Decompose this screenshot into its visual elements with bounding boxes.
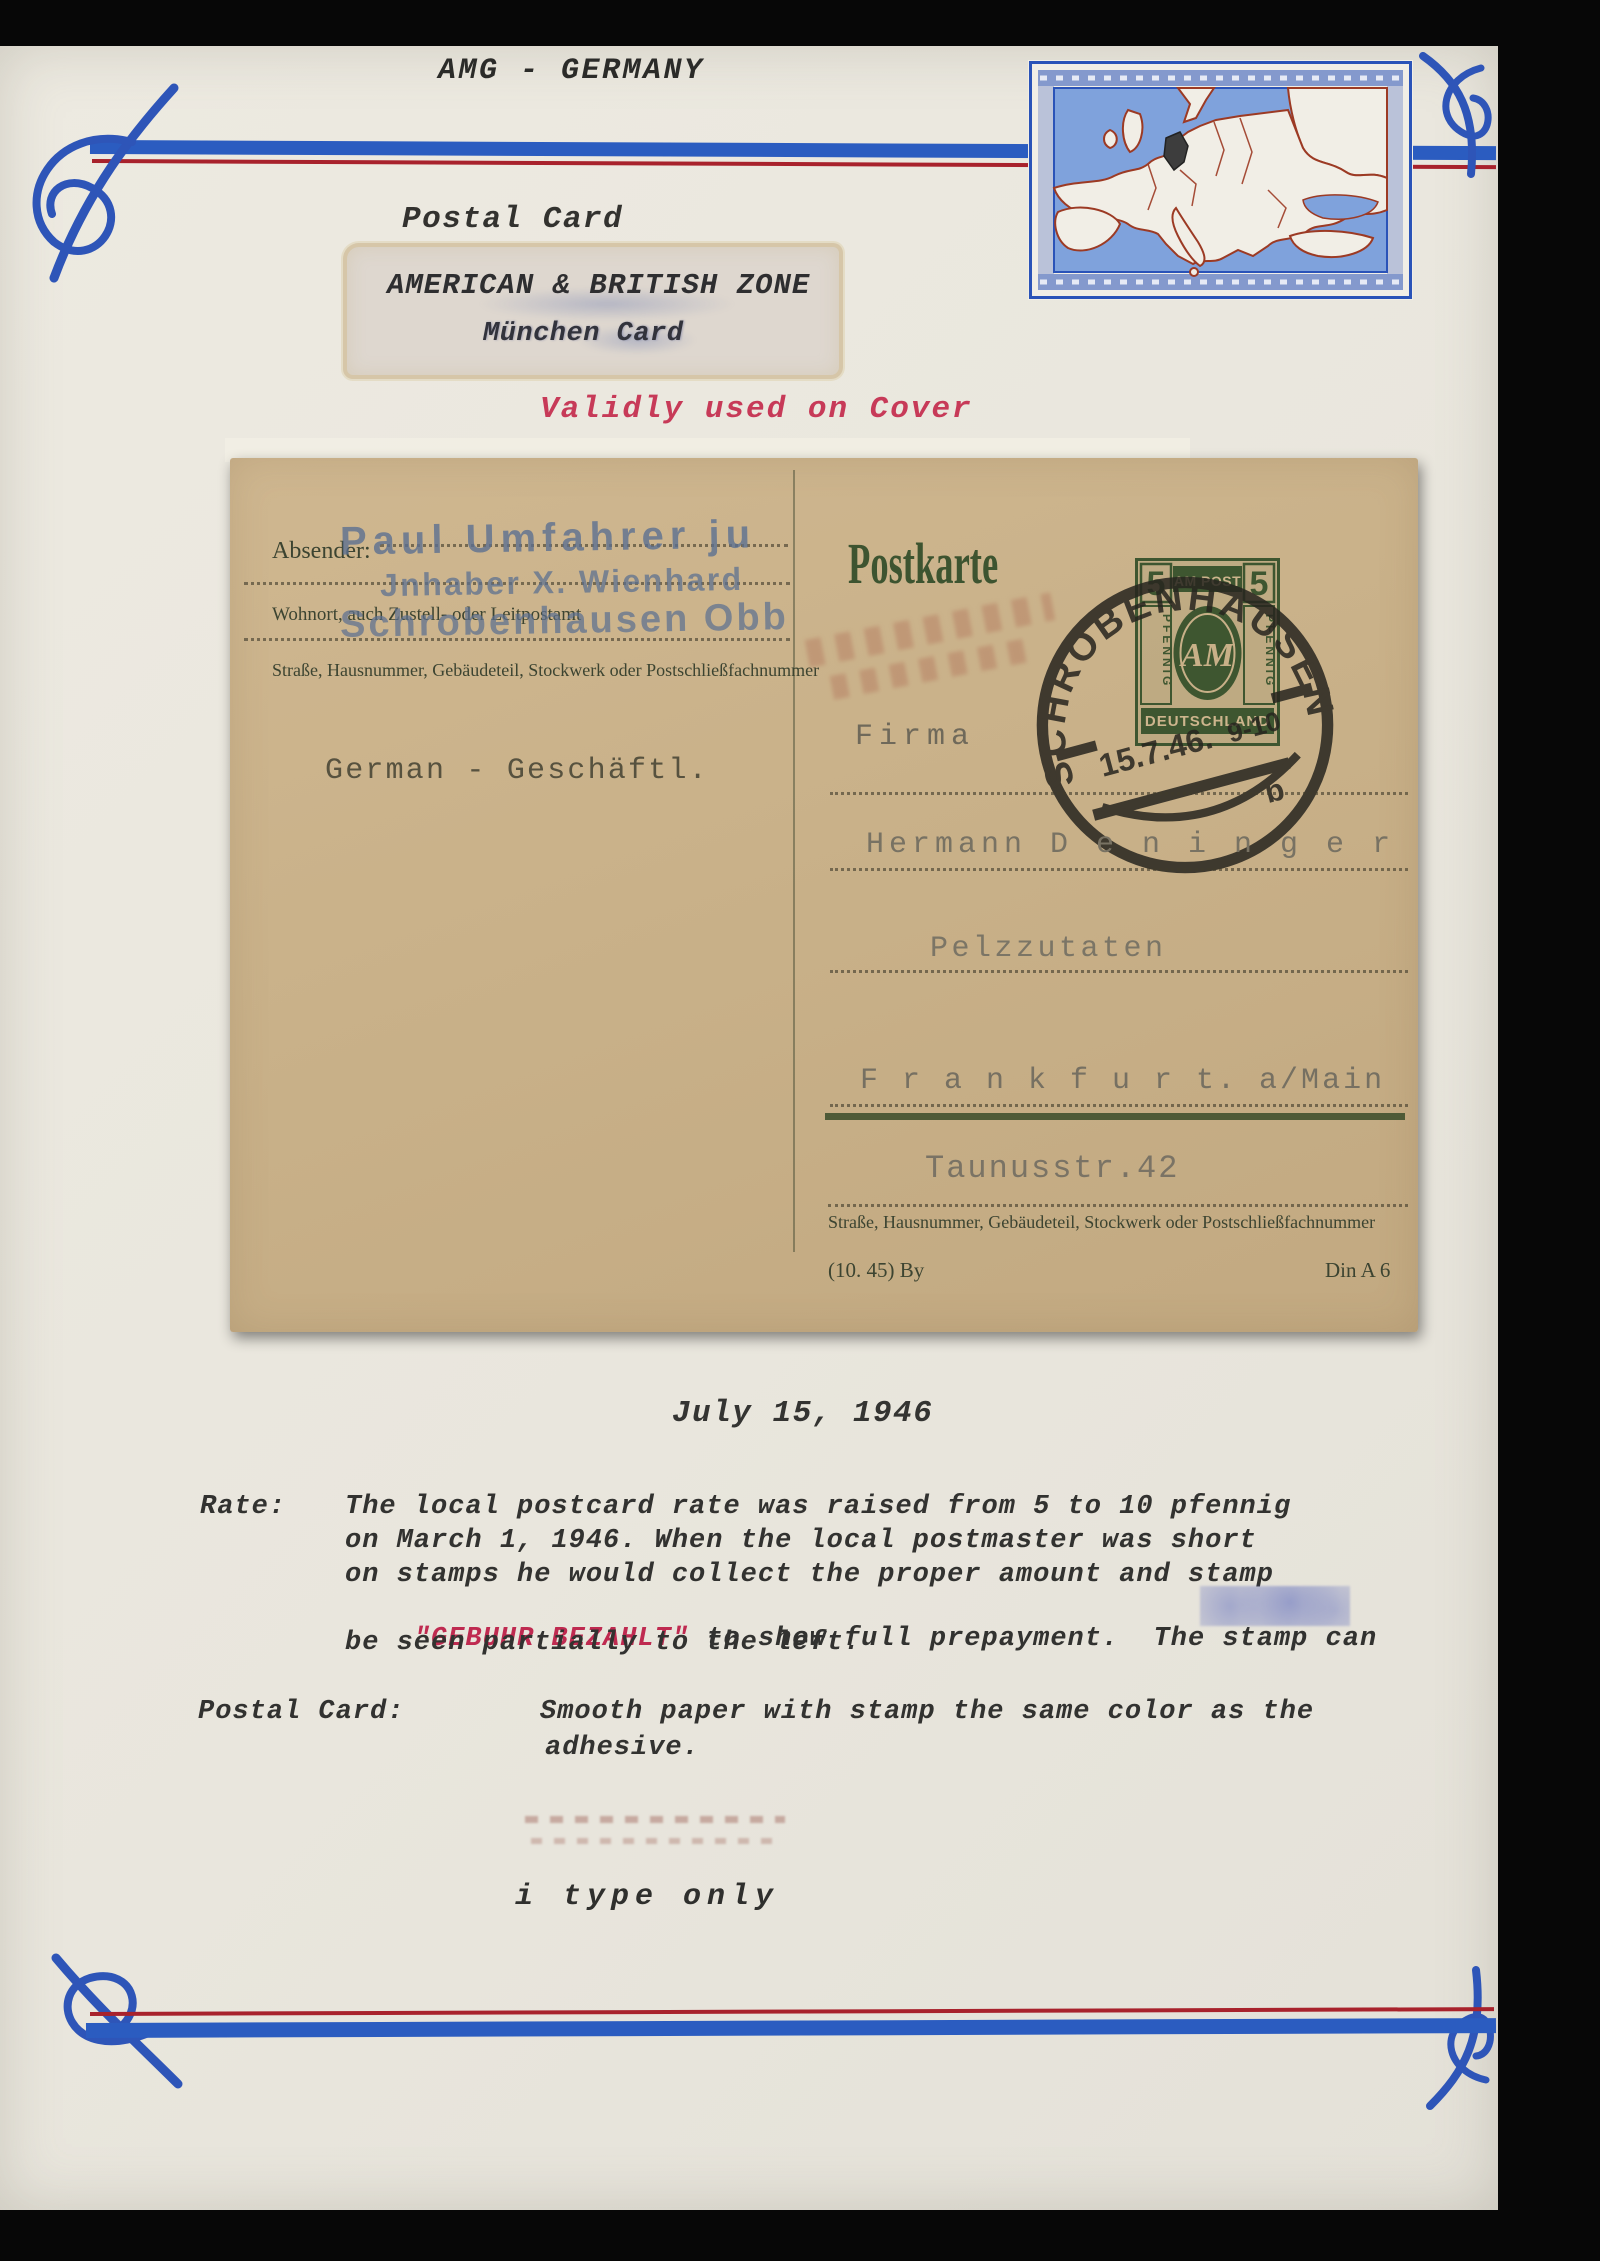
scan-edge-right (1498, 0, 1600, 2261)
corner-flourish-bottom-right-icon (1420, 1962, 1498, 2112)
red-note: Validly used on Cover (540, 392, 973, 427)
rate-label: Rate: (200, 1492, 286, 1522)
corner-flourish-bottom-left-icon (38, 1950, 188, 2090)
postal-card-note-line: adhesive. (545, 1733, 700, 1763)
scan-edge-top (0, 0, 1600, 46)
addressee-name: Hermann D e n i n g e r (866, 828, 1395, 862)
label-card-line: München Card (483, 319, 683, 349)
address-dotted-line (830, 792, 1408, 795)
corner-flourish-top-right-icon (1415, 50, 1497, 180)
blue-ink-smudge (1200, 1586, 1350, 1626)
label-slip: AMERICAN & BRITISH ZONE München Card (343, 243, 843, 379)
rate-line: on March 1, 1946. When the local postmas… (345, 1526, 1257, 1556)
erased-typed-line (525, 1814, 785, 1852)
addressee-line2: Pelzzutaten (930, 932, 1167, 966)
europe-map (1028, 60, 1413, 300)
addressee-street: Taunusstr.42 (925, 1150, 1179, 1187)
address-dotted-line (830, 868, 1408, 871)
address-dotted-line (828, 1204, 1408, 1207)
postmark-letter: b (1261, 771, 1288, 810)
imprint-footer-right: Din A 6 (1325, 1258, 1390, 1283)
strasse-label: Straße, Hausnummer, Gebäudeteil, Stockwe… (272, 660, 819, 681)
postal-card-note-line: Smooth paper with stamp the same color a… (540, 1697, 1314, 1727)
postkarte-heading: Postkarte (848, 530, 998, 597)
postmark-date: 15.7.46. (1095, 719, 1216, 784)
rate-line: be seen partially to the left. (345, 1628, 861, 1658)
caption-date: July 15, 1946 (672, 1396, 933, 1431)
rate-line: The local postcard rate was raised from … (345, 1492, 1291, 1522)
page-title: AMG - GERMANY (438, 54, 705, 88)
scan-edge-bottom (0, 2210, 1600, 2261)
address-dotted-line (830, 970, 1408, 973)
card-divider-line (793, 470, 795, 1252)
green-rule (825, 1113, 1405, 1120)
corner-flourish-top-left-icon (14, 80, 199, 285)
postal-card-note-label: Postal Card: (198, 1697, 404, 1727)
addressee-label: Firma (855, 720, 975, 754)
rate-line: on stamps he would collect the proper am… (345, 1560, 1274, 1590)
postmark-time: 9-10 (1224, 706, 1284, 749)
subtitle-postal-card: Postal Card (402, 202, 623, 237)
type-note: i type only (515, 1880, 779, 1914)
sender-rubber-stamp-line1: Paul Umfahrer ju (340, 512, 757, 564)
addressee-city: F r a n k f u r t. a/Main (860, 1064, 1385, 1098)
typed-note: German - Geschäftl. (325, 754, 709, 788)
sender-rubber-stamp-line3: Schrobenhausen Obb (340, 596, 790, 647)
address-dotted-line (830, 1104, 1408, 1107)
strasse-label-right: Straße, Hausnummer, Gebäudeteil, Stockwe… (828, 1212, 1375, 1233)
label-zone-line: AMERICAN & BRITISH ZONE (387, 269, 810, 302)
postcard-scan: Absender: Wohnort, auch Zustell- oder Le… (230, 458, 1418, 1332)
imprint-footer-left: (10. 45) By (828, 1258, 924, 1283)
album-page-scan: AMG - GERMANY (0, 0, 1600, 2261)
